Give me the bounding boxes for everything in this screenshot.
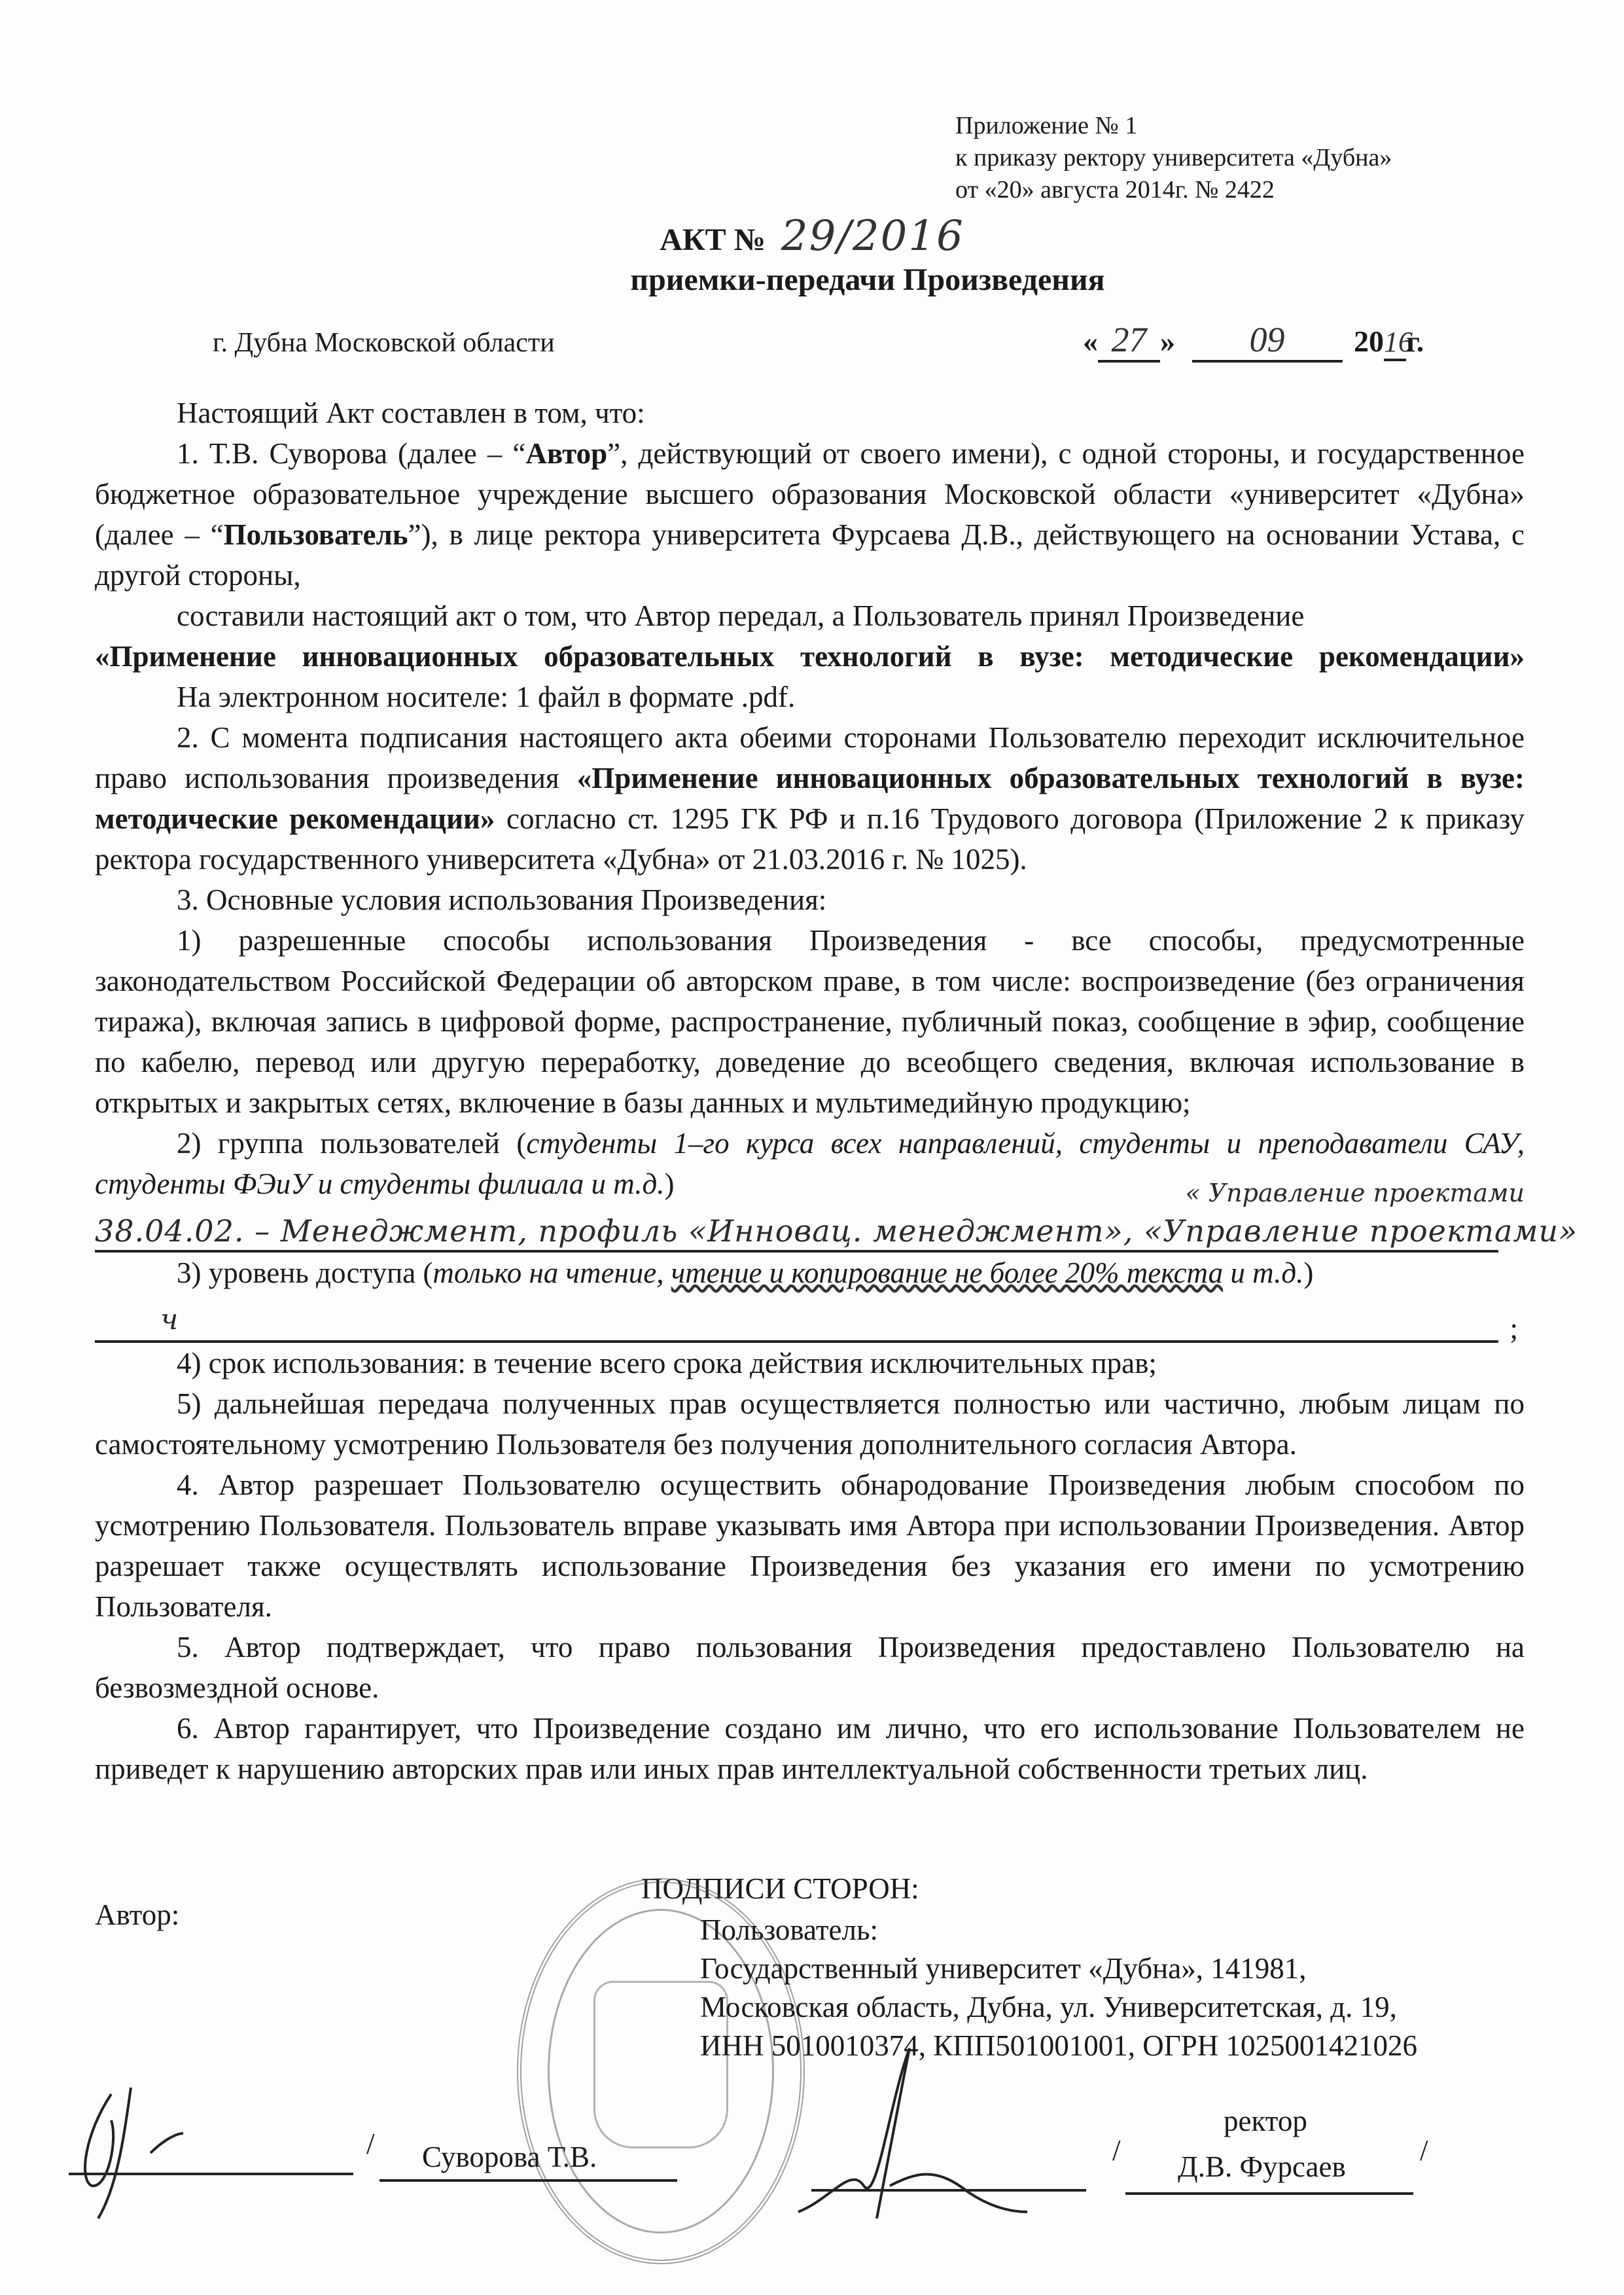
act-title: АКТ № 29/2016 <box>0 216 1624 260</box>
clause-3-3-close: ) <box>1303 1256 1313 1289</box>
clause-3-3-label: 3) уровень доступа ( <box>177 1256 432 1289</box>
act-title-prefix: АКТ № <box>660 222 766 257</box>
author-term: Автор <box>525 437 607 470</box>
clause-3-2-label: 2) группа пользователей ( <box>177 1127 526 1160</box>
clause-3-3-hint-c: и т.д. <box>1223 1256 1303 1289</box>
act-date: «27» 09 2016г. <box>1083 319 1424 363</box>
clause-4: 4. Автор разрешает Пользователю осуществ… <box>95 1465 1525 1627</box>
act-subtitle: приемки-передачи Произведения <box>0 262 1624 298</box>
rector-title: ректор <box>1224 2104 1307 2138</box>
line-semicolon: ; <box>1509 1311 1518 1345</box>
clause-3-2-close: ) <box>665 1167 675 1200</box>
user-label: Пользователь: <box>700 1911 1417 1949</box>
author-name: Суворова Т.В. <box>422 2140 597 2174</box>
handwritten-user-group: 38.04.02. – Менеджмент, профиль «Инновац… <box>95 1213 1578 1249</box>
clause-3-heading: 3. Основные условия использования Произв… <box>95 880 1525 920</box>
appendix-line-2: к приказу ректору университета «Дубна» <box>955 142 1392 174</box>
rector-name-line <box>1125 2192 1413 2195</box>
separator-slash: / <box>1420 2133 1428 2167</box>
clause-3-3: 3) уровень доступа (только на чтение, чт… <box>95 1253 1525 1293</box>
rector-signature-icon <box>792 2035 1067 2232</box>
user-term: Пользователь <box>224 518 408 551</box>
document-page: Приложение № 1 к приказу ректору универс… <box>0 0 1624 2295</box>
clause-3-1: 1) разрешенные способы использования Про… <box>95 920 1525 1123</box>
clause-1-transfer: составили настоящий акт о том, что Автор… <box>95 596 1525 636</box>
date-month-handwritten: 09 <box>1250 320 1285 359</box>
user-address-line-1: Государственный университет «Дубна», 141… <box>700 1949 1417 1988</box>
date-quote-open: « <box>1083 325 1098 358</box>
clause-6: 6. Автор гарантирует, что Произведение с… <box>95 1708 1525 1789</box>
date-year-suffix: г. <box>1406 325 1424 358</box>
intro: Настоящий Акт составлен в том, что: <box>95 393 1525 433</box>
author-name-line <box>380 2179 677 2182</box>
author-signature-line <box>69 2173 353 2175</box>
medium: На электронном носителе: 1 файл в формат… <box>95 677 1525 717</box>
clause-1-text-a: 1. Т.В. Суворова (далее – “ <box>177 437 525 470</box>
rector-signature-line <box>811 2189 1086 2192</box>
act-body: Настоящий Акт составлен в том, что: 1. Т… <box>95 393 1525 1789</box>
user-address-line-2: Московская область, Дубна, ул. Университ… <box>700 1988 1417 2027</box>
clause-2: 2. С момента подписания настоящего акта … <box>95 717 1525 880</box>
user-group-fill-line: 38.04.02. – Менеджмент, профиль «Инновац… <box>95 1204 1498 1253</box>
date-year-prefix: 20 <box>1354 325 1384 358</box>
clause-5: 5. Автор подтверждает, что право пользов… <box>95 1627 1525 1708</box>
access-level-fill-line: ч ; <box>95 1293 1498 1343</box>
clause-3-4: 4) срок использования: в течение всего с… <box>95 1343 1525 1383</box>
clause-3-2: 2) группа пользователей (студенты 1–го к… <box>95 1123 1525 1204</box>
appendix-line-3: от «20» августа 2014г. № 2422 <box>955 174 1392 206</box>
place: г. Дубна Московской области <box>213 327 555 359</box>
clause-3-5: 5) дальнейшая передача полученных прав о… <box>95 1383 1525 1465</box>
work-title-text: «Применение инновационных образовательны… <box>95 640 1525 673</box>
handwritten-access-mark: ч <box>160 1303 178 1336</box>
clause-3-3-hint-underlined: чтение и копирование не более 20% текста <box>671 1256 1223 1289</box>
author-signature-icon <box>72 2081 268 2232</box>
work-title: «Применение инновационных образовательны… <box>95 636 1525 677</box>
separator-slash: / <box>366 2127 375 2161</box>
clause-3-3-hint-a: только на чтение, <box>432 1256 671 1289</box>
act-number-handwritten: 29/2016 <box>781 212 964 260</box>
author-label: Автор: <box>95 1898 179 1932</box>
clause-1: 1. Т.В. Суворова (далее – “Автор”, дейст… <box>95 433 1525 596</box>
appendix-line-1: Приложение № 1 <box>955 110 1392 142</box>
date-day-handwritten: 27 <box>1112 320 1147 359</box>
rector-name: Д.В. Фурсаев <box>1178 2150 1346 2184</box>
appendix-header: Приложение № 1 к приказу ректору универс… <box>955 110 1392 206</box>
date-quote-close: » <box>1160 325 1175 358</box>
separator-slash: / <box>1112 2133 1121 2167</box>
